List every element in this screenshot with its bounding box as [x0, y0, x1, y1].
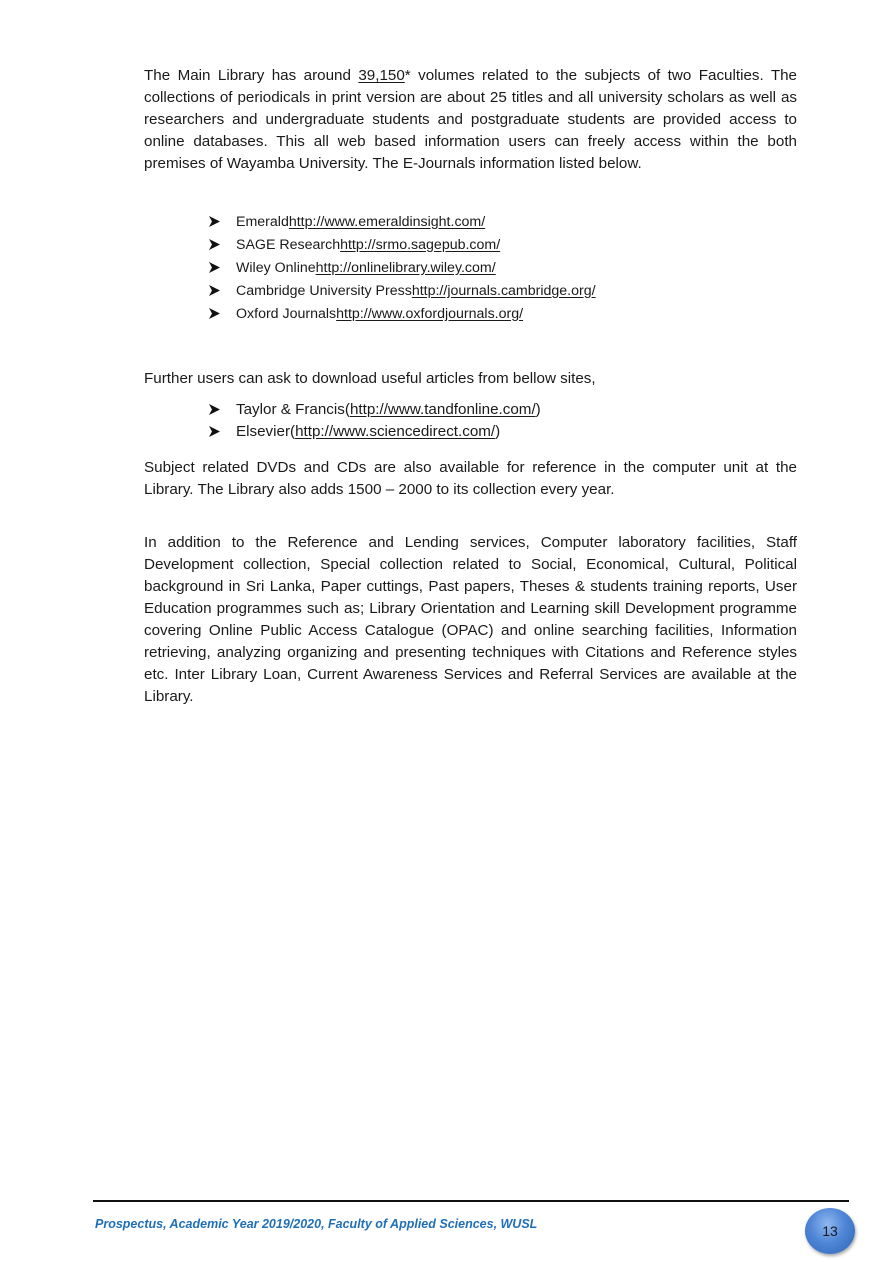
site-link[interactable]: http://journals.cambridge.org/: [412, 283, 596, 299]
list-item: Oxford Journals http://www.oxfordjournal…: [208, 302, 596, 325]
paragraph-dvds-cds: Subject related DVDs and CDs are also av…: [144, 457, 797, 501]
site-name: SAGE Research: [236, 237, 340, 253]
arrow-bullet-icon: [208, 426, 236, 437]
paragraph-main-library: The Main Library has around 39,150* volu…: [144, 65, 797, 175]
paragraph-services: In addition to the Reference and Lending…: [144, 532, 797, 708]
arrow-bullet-icon: [208, 308, 236, 319]
list-item: Wiley Online http://onlinelibrary.wiley.…: [208, 256, 596, 279]
arrow-bullet-icon: [208, 239, 236, 250]
volumes-count: 39,150: [358, 67, 404, 84]
site-name: Taylor & Francis: [236, 401, 345, 418]
arrow-bullet-icon: [208, 285, 236, 296]
site-name: Cambridge University Press: [236, 283, 412, 299]
document-page: The Main Library has around 39,150* volu…: [0, 0, 893, 1262]
page-number-badge: 13: [805, 1208, 855, 1254]
list-item: Taylor & Francis (http://www.tandfonline…: [208, 398, 541, 420]
list-item: SAGE Research http://srmo.sagepub.com/: [208, 233, 596, 256]
site-link[interactable]: http://www.oxfordjournals.org/: [336, 306, 523, 322]
site-link[interactable]: http://www.tandfonline.com/: [350, 401, 536, 418]
site-name: Wiley Online: [236, 260, 316, 276]
site-link[interactable]: http://onlinelibrary.wiley.com/: [316, 260, 496, 276]
site-link[interactable]: http://srmo.sagepub.com/: [340, 237, 500, 253]
list-item: Cambridge University Press http://journa…: [208, 279, 596, 302]
paragraph-download-sites: Further users can ask to download useful…: [144, 368, 797, 390]
site-name: Elsevier: [236, 423, 290, 440]
site-link[interactable]: http://www.sciencedirect.com/: [295, 423, 495, 440]
paragraph-main-library-start: The Main Library has around: [144, 67, 358, 84]
arrow-bullet-icon: [208, 216, 236, 227]
footer-text: Prospectus, Academic Year 2019/2020, Fac…: [95, 1217, 537, 1231]
site-name: Oxford Journals: [236, 306, 336, 322]
arrow-bullet-icon: [208, 404, 236, 415]
list-item: Emerald http://www.emeraldinsight.com/: [208, 210, 596, 233]
site-link[interactable]: http://www.emeraldinsight.com/: [289, 214, 485, 230]
site-name: Emerald: [236, 214, 289, 230]
ejournals-list: Emerald http://www.emeraldinsight.com/SA…: [208, 210, 596, 325]
footer-divider: [93, 1200, 849, 1202]
download-sites-list: Taylor & Francis (http://www.tandfonline…: [208, 398, 541, 442]
arrow-bullet-icon: [208, 262, 236, 273]
list-item: Elsevier (http://www.sciencedirect.com/): [208, 420, 541, 442]
